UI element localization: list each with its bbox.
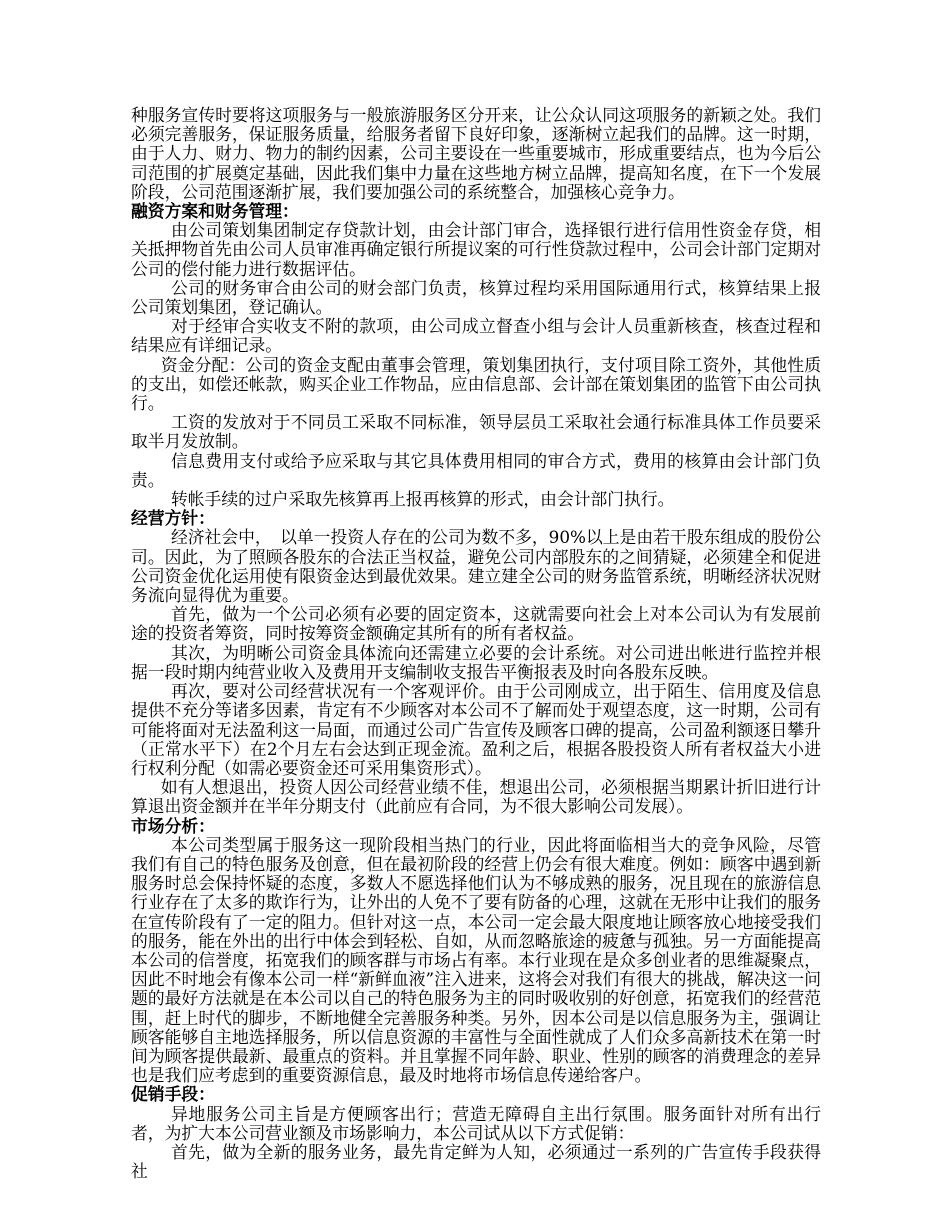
section-heading: 市场分析：: [131, 817, 821, 836]
document-page: { "page": { "background_color": "#ffffff…: [0, 0, 950, 1230]
section-heading: 促销手段：: [131, 1085, 821, 1104]
document-paragraph: 再次，要对公司经营状况有一个客观评价。由于公司刚成立，出于陌生、信用度及信息提供…: [131, 682, 821, 778]
document-paragraph: 公司的财务审合由公司的财会部门负责，核算过程均采用国际通用行式，核算结果上报公司…: [131, 279, 821, 317]
document-paragraph: 其次，为明晰公司资金具体流向还需建立必要的会计系统。对公司进出帐进行监控并根据一…: [131, 644, 821, 682]
document-body: 种服务宣传时要将这项服务与一般旅游服务区分开来，让公众认同这项服务的新颖之处。我…: [131, 106, 821, 1181]
document-paragraph: 转帐手续的过户采取先核算再上报再核算的形式，由会计部门执行。: [131, 490, 821, 509]
document-paragraph: 如有人想退出，投资人因公司经营业绩不佳，想退出公司，必须根据当期累计折旧进行计算…: [131, 778, 821, 816]
document-paragraph: 首先，做为一个公司必须有必要的固定资本，这就需要向社会上对本公司认为有发展前途的…: [131, 605, 821, 643]
document-paragraph: 对于经审合实收支不附的款项，由公司成立督查小组与会计人员重新核查，核查过程和结果…: [131, 317, 821, 355]
section-heading: 经营方针：: [131, 509, 821, 528]
document-paragraph: 经济社会中， 以单一投资人存在的公司为数不多，90%以上是由若干股东组成的股份公…: [131, 528, 821, 605]
document-paragraph: 信息费用支付或给予应采取与其它具体费用相同的审合方式，费用的核算由会计部门负责。: [131, 452, 821, 490]
section-heading: 融资方案和财务管理：: [131, 202, 821, 221]
document-paragraph: 工资的发放对于不同员工采取不同标准，领导层员工采取社会通行标准具体工作员要采取半…: [131, 413, 821, 451]
document-paragraph: 由公司策划集团制定存贷款计划，由会计部门审合，选择银行进行信用性资金存贷，相关抵…: [131, 221, 821, 279]
document-paragraph: 异地服务公司主旨是方便顾客出行；营造无障碍自主出行氛围。服务面针对所有出行者，为…: [131, 1105, 821, 1143]
document-paragraph: 首先，做为全新的服务业务，最先肯定鲜为人知，必须通过一系列的广告宣传手段获得社: [131, 1143, 821, 1181]
document-paragraph: 本公司类型属于服务这一现阶段相当热门的行业，因此将面临相当大的竞争风险，尽管我们…: [131, 836, 821, 1086]
document-paragraph: 资金分配：公司的资金支配由董事会管理，策划集团执行，支付项目除工资外，其他性质的…: [131, 356, 821, 414]
document-paragraph: 种服务宣传时要将这项服务与一般旅游服务区分开来，让公众认同这项服务的新颖之处。我…: [131, 106, 821, 202]
